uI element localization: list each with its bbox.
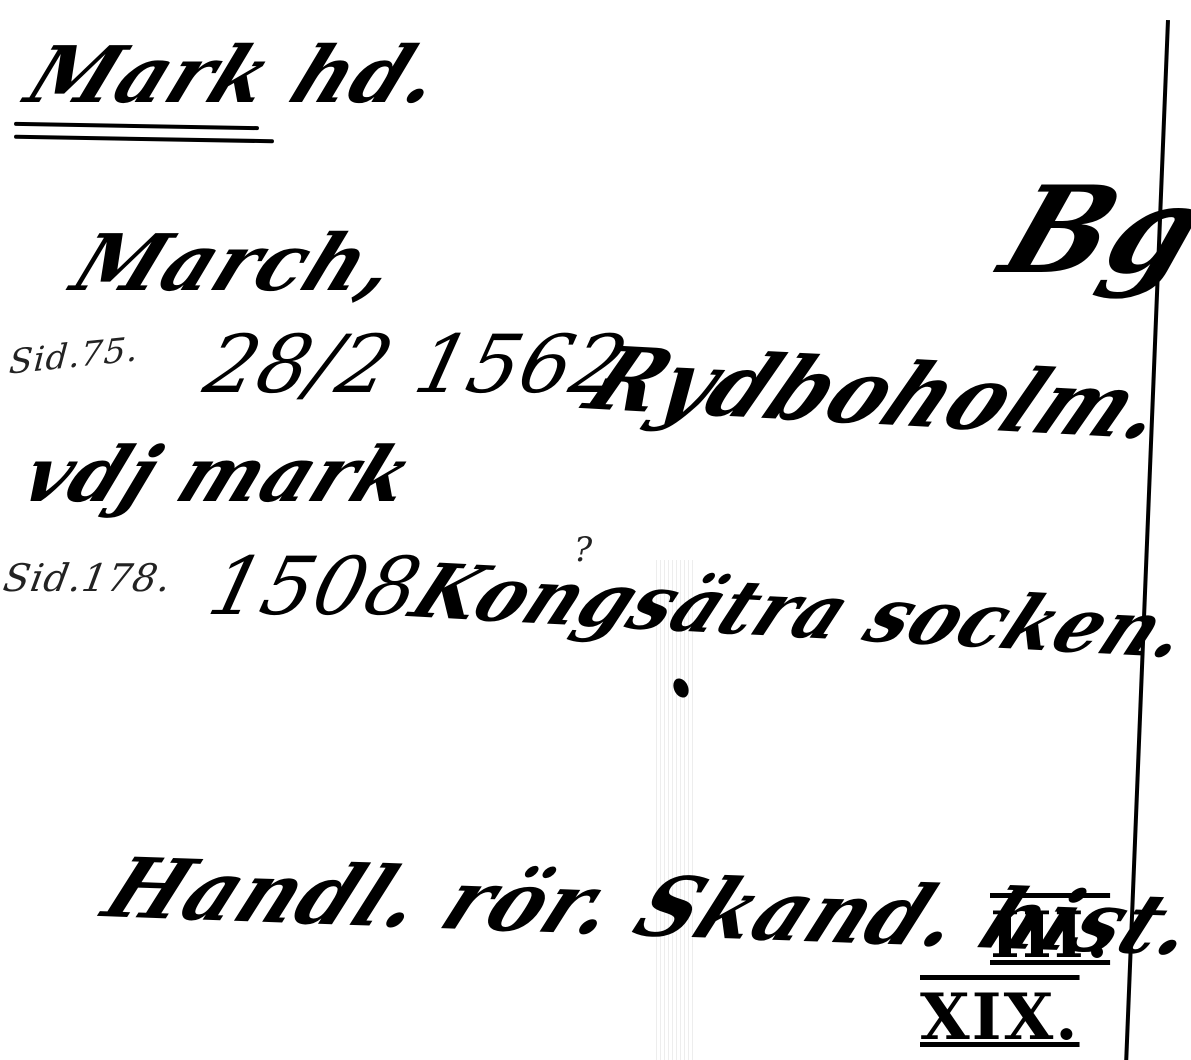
entry-page-ref: Sid.75. bbox=[8, 329, 140, 382]
heading-underline bbox=[14, 122, 259, 130]
entry-page-ref-2: Sid.178. bbox=[0, 556, 175, 600]
entry-name-form: March, bbox=[60, 218, 412, 309]
entry-continuation: vdj mark bbox=[10, 430, 428, 519]
entry-place-2: Kongsätra socken. bbox=[398, 548, 1191, 675]
index-card: Mark hd. Bg. March, Sid.75. 28/2 1562 Ry… bbox=[0, 0, 1191, 1060]
heading-underline-second bbox=[14, 135, 274, 144]
entry-year-2: 1508 bbox=[200, 540, 431, 633]
corner-mark: Bg. bbox=[985, 160, 1191, 301]
source-part: XIX. bbox=[920, 980, 1080, 1055]
entry-place: Rydboholm. bbox=[570, 328, 1187, 459]
card-heading: Mark hd. bbox=[14, 30, 456, 121]
source-volume: III. bbox=[990, 898, 1110, 973]
entry-date: 28/2 1562 bbox=[196, 318, 637, 411]
